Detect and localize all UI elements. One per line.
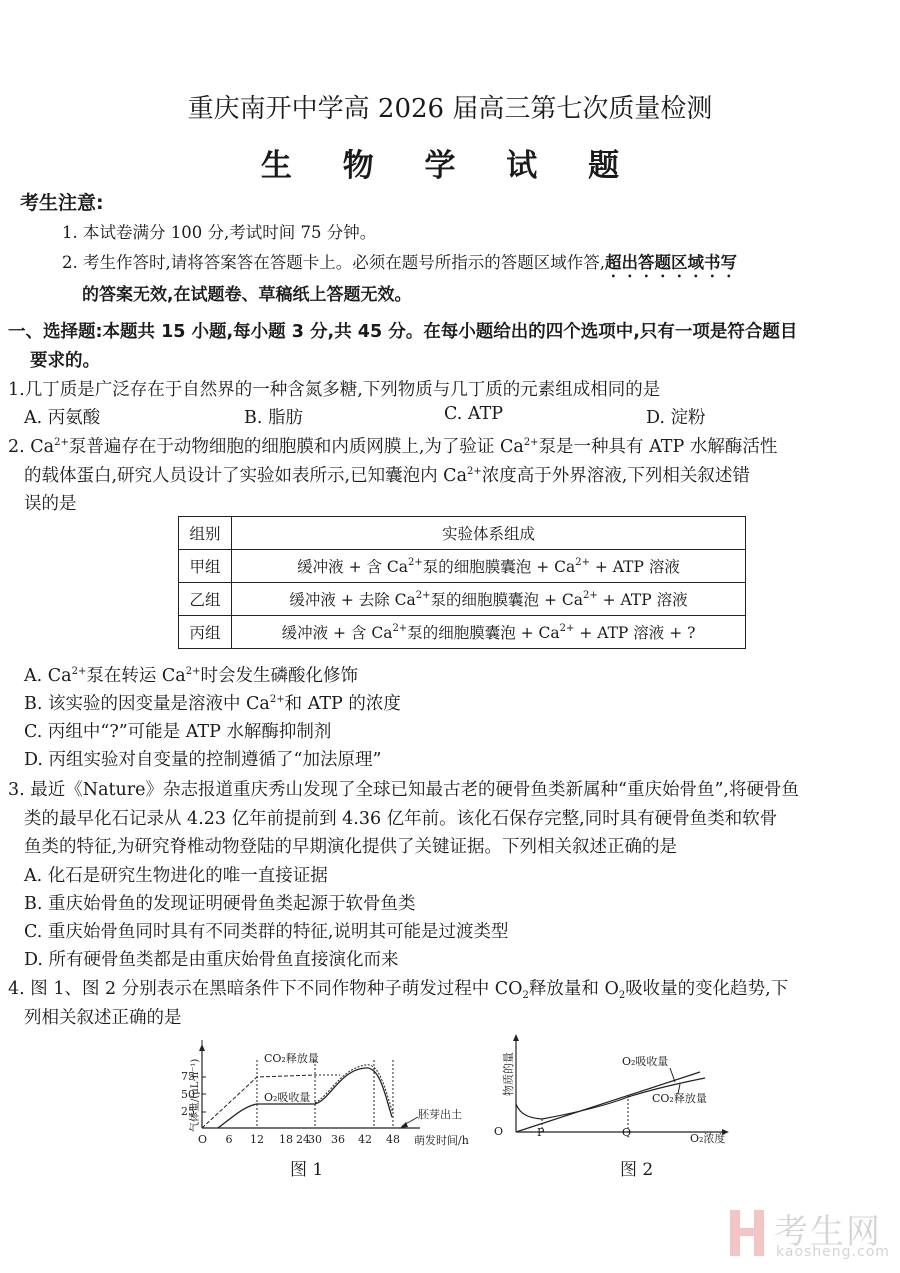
svg-text:48: 48 (386, 1133, 400, 1146)
q3-option-a: A. 化石是研究生物进化的唯一直接证据 (24, 862, 328, 887)
q1-option-d: D. 淀粉 (646, 404, 706, 429)
superscript: 2+ (270, 694, 285, 705)
text: 泵的细胞膜囊泡 + Ca (407, 624, 559, 642)
text: + ATP 溶液 (590, 558, 680, 576)
question-2-stem-line2: 的载体蛋白,研究人员设计了实验如表所示,已知囊泡内 Ca2+浓度高于外界溶液,下… (24, 462, 750, 487)
notice-item-1: 1. 本试卷满分 100 分,考试时间 75 分钟。 (62, 219, 376, 243)
question-4-stem-line1: 4. 图 1、图 2 分别表示在黑暗条件下不同作物种子萌发过程中 CO2释放量和… (8, 975, 788, 1001)
question-text: 几丁质是广泛存在于自然界的一种含氮多糖,下列物质与几丁质的元素组成相同的是 (25, 380, 661, 400)
exam-page: 重庆南开中学高 2026 届高三第七次质量检测 生 物 学 试 题 考生注意: … (0, 0, 900, 1273)
superscript: 2+ (583, 590, 598, 601)
table-header-row: 组别 实验体系组成 (179, 517, 746, 550)
question-number: 1. (8, 380, 25, 400)
fig2-ylabel: 物质的量 (500, 1052, 516, 1096)
fig1-xlabel: 萌发时间/h (414, 1132, 469, 1148)
text: B. 该实验的因变量是溶液中 Ca (24, 694, 270, 714)
table-header: 组别 (179, 517, 232, 550)
fig2-marker-p: P (537, 1126, 544, 1139)
text: 泵普遍存在于动物细胞的细胞膜和内质网膜上,为了验证 Ca (69, 437, 524, 457)
kaosheng-logo-icon (730, 1210, 764, 1256)
text: 时会发生磷酸化修饰 (200, 666, 358, 686)
group-cell: 丙组 (179, 616, 232, 649)
superscript: 2+ (467, 466, 482, 477)
fig2-co2-label: CO₂释放量 (652, 1090, 707, 1106)
question-4-stem-line2: 列相关叙述正确的是 (24, 1004, 182, 1029)
text: + ATP 溶液 (598, 591, 688, 609)
school-title: 重庆南开中学高 2026 届高三第七次质量检测 (0, 88, 900, 125)
notice-item-2-text: 2. 考生作答时,请将答案答在答题卡上。必须在题号所指示的答题区域作答, (62, 253, 605, 272)
composition-cell: 缓冲液 + 去除 Ca2+泵的细胞膜囊泡 + Ca2+ + ATP 溶液 (232, 583, 746, 616)
fig1-ylabel: 气体量/(μL·h⁻¹) (186, 1059, 201, 1132)
superscript: 2+ (408, 557, 423, 568)
question-2-stem-line1: 2. Ca2+泵普遍存在于动物细胞的细胞膜和内质网膜上,为了验证 Ca2+泵是一… (8, 433, 777, 458)
superscript: 2+ (416, 590, 431, 601)
q2-option-a: A. Ca2+泵在转运 Ca2+时会发生磷酸化修饰 (24, 662, 358, 687)
table-row: 丙组 缓冲液 + 含 Ca2+泵的细胞膜囊泡 + Ca2+ + ATP 溶液 +… (179, 616, 746, 649)
notice-item-2: 2. 考生作答时,请将答案答在答题卡上。必须在题号所指示的答题区域作答,超出答题… (62, 249, 737, 281)
fig2-caption: 图 2 (620, 1155, 653, 1180)
superscript: 2+ (186, 666, 201, 677)
question-3-stem-line3: 鱼类的特征,为研究脊椎动物登陆的早期演化提供了关键证据。下列相关叙述正确的是 (24, 833, 677, 858)
q3-option-b: B. 重庆始骨鱼的发现证明硬骨鱼类起源于软骨鱼类 (24, 890, 415, 915)
watermark: 考生网 kaosheng.com (728, 1206, 898, 1266)
composition-cell: 缓冲液 + 含 Ca2+泵的细胞膜囊泡 + Ca2+ + ATP 溶液 + ? (232, 616, 746, 649)
fig1-annotation: 胚芽出土 (418, 1106, 462, 1122)
q1-option-a: A. 丙氨酸 (24, 404, 100, 429)
text: 释放量和 O (529, 979, 619, 999)
question-3-stem-line2: 类的最早化石记录从 4.23 亿年前提前到 4.36 亿年前。该化石保存完整,同… (24, 805, 777, 830)
text: 泵在转运 Ca (86, 666, 185, 686)
group-cell: 乙组 (179, 583, 232, 616)
svg-text:42: 42 (358, 1133, 372, 1146)
table-row: 乙组 缓冲液 + 去除 Ca2+泵的细胞膜囊泡 + Ca2+ + ATP 溶液 (179, 583, 746, 616)
fig1-co2-label: CO₂释放量 (264, 1050, 319, 1066)
notice-item-2-line2: 的答案无效,在试题卷、草稿纸上答题无效。 (82, 280, 411, 305)
q2-option-d: D. 丙组实验对自变量的控制遵循了“加法原理” (24, 746, 381, 771)
text: 泵是一种具有 ATP 水解酶活性 (539, 437, 778, 457)
section-heading-line2: 要求的。 (30, 347, 100, 372)
question-number: 2. (8, 437, 25, 457)
svg-text:12: 12 (250, 1133, 264, 1146)
notice-heading: 考生注意: (20, 188, 104, 215)
superscript: 2+ (575, 557, 590, 568)
svg-text:O: O (198, 1133, 207, 1146)
table-row: 甲组 缓冲液 + 含 Ca2+泵的细胞膜囊泡 + Ca2+ + ATP 溶液 (179, 550, 746, 583)
table-header: 实验体系组成 (232, 517, 746, 550)
group-cell: 甲组 (179, 550, 232, 583)
fig2-o2-label: O₂吸收量 (622, 1053, 668, 1069)
superscript: 2+ (392, 623, 407, 634)
fig2-marker-q: Q (622, 1126, 631, 1139)
q3-option-d: D. 所有硬骨鱼类都是由重庆始骨鱼直接演化而来 (24, 946, 399, 971)
fig1-o2-label: O₂吸收量 (264, 1089, 310, 1105)
question-1-stem: 1.几丁质是广泛存在于自然界的一种含氮多糖,下列物质与几丁质的元素组成相同的是 (8, 376, 660, 401)
superscript: 2+ (524, 437, 539, 448)
svg-text:36: 36 (331, 1133, 345, 1146)
text: + ATP 溶液 + ? (574, 624, 695, 642)
section-heading: 一、选择题:本题共 15 小题,每小题 3 分,共 45 分。在每小题给出的四个… (8, 318, 797, 343)
text: 的载体蛋白,研究人员设计了实验如表所示,已知囊泡内 Ca (24, 466, 467, 486)
q2-option-c: C. 丙组中“?”可能是 ATP 水解酶抑制剂 (24, 718, 331, 743)
subject-title: 生 物 学 试 题 (0, 140, 900, 185)
text: 缓冲液 + 含 Ca (297, 558, 408, 576)
text: 泵的细胞膜囊泡 + Ca (431, 591, 583, 609)
svg-text:30: 30 (308, 1133, 322, 1146)
text: 缓冲液 + 去除 Ca (289, 591, 415, 609)
svg-text:6: 6 (226, 1133, 233, 1146)
fig2-origin: O (494, 1125, 503, 1138)
text: 吸收量的变化趋势,下 (625, 979, 788, 999)
notice-item-2-emphasis: 超出答题区域书写 (605, 253, 737, 272)
fig1-caption: 图 1 (290, 1155, 323, 1180)
text: 和 ATP 的浓度 (285, 694, 401, 714)
q3-option-c: C. 重庆始骨鱼同时具有不同类群的特征,说明其可能是过渡类型 (24, 918, 508, 943)
text: 浓度高于外界溶液,下列相关叙述错 (482, 466, 750, 486)
superscript: 2+ (54, 437, 69, 448)
watermark-url: kaosheng.com (776, 1244, 890, 1260)
fig2-xlabel: O₂浓度 (690, 1130, 725, 1146)
q2-option-b: B. 该实验的因变量是溶液中 Ca2+和 ATP 的浓度 (24, 690, 401, 715)
text: 泵的细胞膜囊泡 + Ca (423, 558, 575, 576)
text: 4. 图 1、图 2 分别表示在黑暗条件下不同作物种子萌发过程中 CO (8, 979, 523, 999)
svg-text:18: 18 (279, 1133, 293, 1146)
text: 缓冲液 + 含 Ca (282, 624, 393, 642)
text: Ca (30, 437, 54, 457)
q1-option-c: C. ATP (444, 404, 503, 424)
question-2-stem-line3: 误的是 (24, 490, 77, 515)
composition-cell: 缓冲液 + 含 Ca2+泵的细胞膜囊泡 + Ca2+ + ATP 溶液 (232, 550, 746, 583)
superscript: 2+ (72, 666, 87, 677)
q1-option-b: B. 脂肪 (244, 404, 303, 429)
text: A. Ca (24, 666, 72, 686)
superscript: 2+ (560, 623, 575, 634)
experiment-table: 组别 实验体系组成 甲组 缓冲液 + 含 Ca2+泵的细胞膜囊泡 + Ca2+ … (178, 516, 746, 649)
question-3-stem-line1: 3. 最近《Nature》杂志报道重庆秀山发现了全球已知最古老的硬骨鱼类新属种“… (8, 776, 799, 801)
